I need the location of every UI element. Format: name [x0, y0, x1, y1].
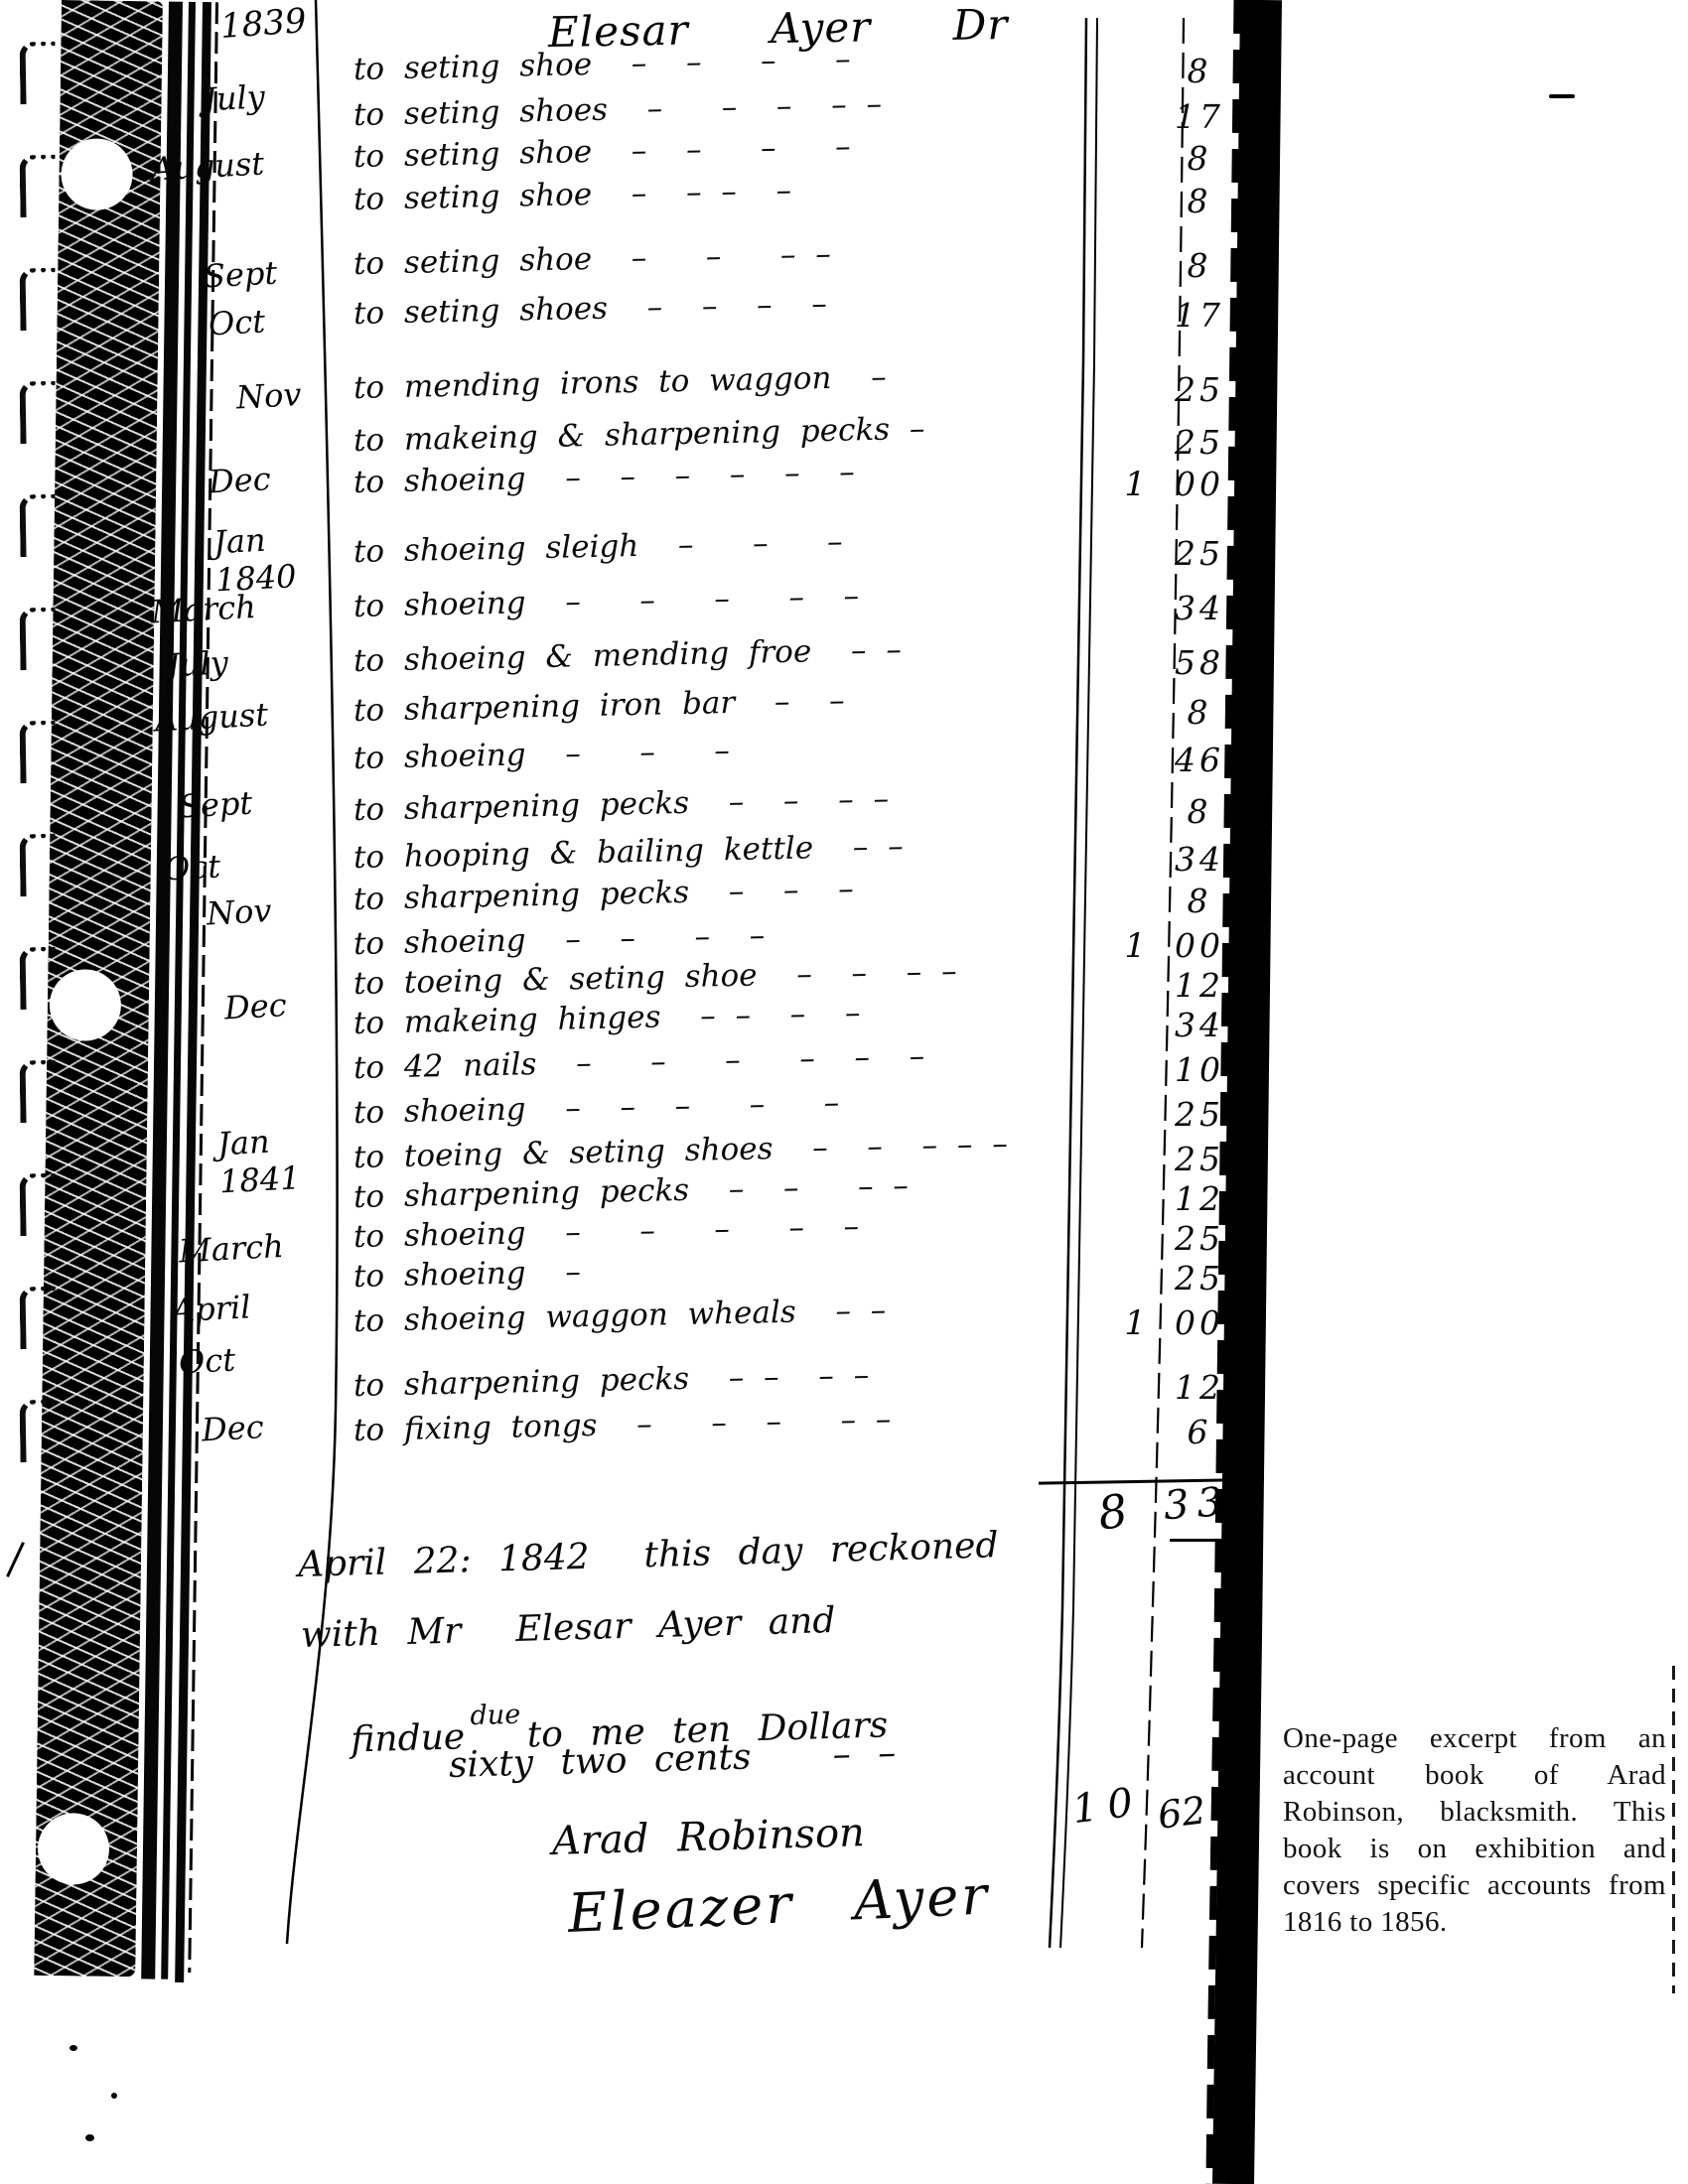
row-cents: 8 — [1160, 139, 1239, 178]
caption-line: One-page excerpt from an — [1283, 1720, 1666, 1757]
row-dollars: 1 — [1090, 926, 1146, 966]
ledger-row: to 42 nails – – – – – –10 — [0, 1050, 1688, 1096]
ledger-row: to shoeing sleigh – – –25 — [0, 534, 1688, 580]
row-cents: 25 — [1160, 534, 1239, 573]
row-cents: 12 — [1160, 1179, 1239, 1218]
scan-speck — [111, 2093, 117, 2099]
row-cents: 25 — [1160, 1140, 1239, 1178]
ledger-row: to shoeing – – – – –34 — [0, 589, 1688, 634]
row-cents: 17 — [1160, 296, 1239, 335]
row-cents: 34 — [1160, 840, 1239, 879]
row-cents: 46 — [1160, 741, 1239, 779]
row-description: to shoeing – — [353, 1254, 582, 1295]
row-cents: 8 — [1160, 693, 1239, 732]
exhibition-caption: One-page excerpt from anaccount book of … — [1283, 1720, 1666, 1941]
reckoning-interlinear-due: due — [470, 1700, 521, 1731]
row-description: to shoeing – – – — [353, 733, 731, 776]
row-cents: 8 — [1160, 882, 1239, 920]
caption-line: book is on exhibition and — [1283, 1831, 1666, 1867]
scan-speck — [70, 2045, 77, 2051]
total-cents: 33 — [1162, 1479, 1231, 1530]
row-cents: 25 — [1160, 370, 1239, 409]
caption-line: Robinson, blacksmith. This — [1283, 1794, 1666, 1831]
ledger-row: to fixing tongs – – – – –6 — [0, 1413, 1688, 1458]
ledger-row: to shoeing – – –46 — [0, 741, 1688, 786]
row-cents: 8 — [1160, 52, 1239, 90]
signature-arad-robinson: Arad Robinson — [551, 1810, 865, 1864]
row-cents: 34 — [1160, 589, 1239, 627]
total-rule-bottom — [1170, 1539, 1223, 1542]
caption-line: 1816 to 1856. — [1283, 1904, 1666, 1941]
ledger-row: to mending irons to waggon –25 — [0, 370, 1688, 416]
row-cents: 12 — [1160, 1368, 1239, 1407]
row-cents: 25 — [1160, 423, 1239, 462]
row-cents: 12 — [1160, 966, 1239, 1005]
ledger-row: to seting shoe – – – –8 — [0, 182, 1688, 227]
row-description: to shoeing – – – – — [353, 917, 766, 962]
scanned-page: { "page_title": "Elesar Ayer Dr", "ledge… — [0, 0, 1688, 2184]
row-cents: 00 — [1160, 1303, 1239, 1342]
ledger-row: to sharpening iron bar – –8 — [0, 693, 1688, 739]
ledger-row: to sharpening pecks – – –8 — [0, 882, 1688, 927]
row-cents: 25 — [1160, 1095, 1239, 1134]
ledger-row: to shoeing – – – – – –100 — [0, 465, 1688, 510]
row-cents: 34 — [1160, 1006, 1239, 1044]
row-cents: 8 — [1160, 792, 1239, 831]
year-heading: 1839 — [219, 1, 308, 47]
ledger-row: to seting shoe – – – –8 — [0, 246, 1688, 292]
ledger-row: to shoeing waggon wheals – –100 — [0, 1303, 1688, 1349]
row-dollars: 1 — [1090, 465, 1146, 504]
row-cents: 17 — [1160, 97, 1239, 136]
caption-line: account book of Arad — [1283, 1757, 1666, 1794]
row-cents: 58 — [1160, 643, 1239, 682]
scan-edge-dots — [1672, 1666, 1675, 1993]
amount-due-cents: 62 — [1155, 1788, 1207, 1838]
row-dollars: 1 — [1090, 1303, 1146, 1343]
ledger-row: to seting shoe – – – –8 — [0, 139, 1688, 185]
row-cents: 8 — [1160, 182, 1239, 220]
row-cents: 8 — [1160, 246, 1239, 285]
amount-due-dollars: 10 — [1069, 1779, 1145, 1833]
scan-speck — [85, 2134, 94, 2141]
caption-line: covers specific accounts from — [1283, 1867, 1666, 1904]
row-cents: 25 — [1160, 1219, 1239, 1258]
row-cents: 25 — [1160, 1259, 1239, 1297]
row-cents: 6 — [1160, 1413, 1239, 1451]
row-cents: 00 — [1160, 926, 1239, 965]
row-cents: 10 — [1160, 1050, 1239, 1089]
ledger-row: to seting shoes – – – –17 — [0, 296, 1688, 341]
row-cents: 00 — [1160, 465, 1239, 503]
